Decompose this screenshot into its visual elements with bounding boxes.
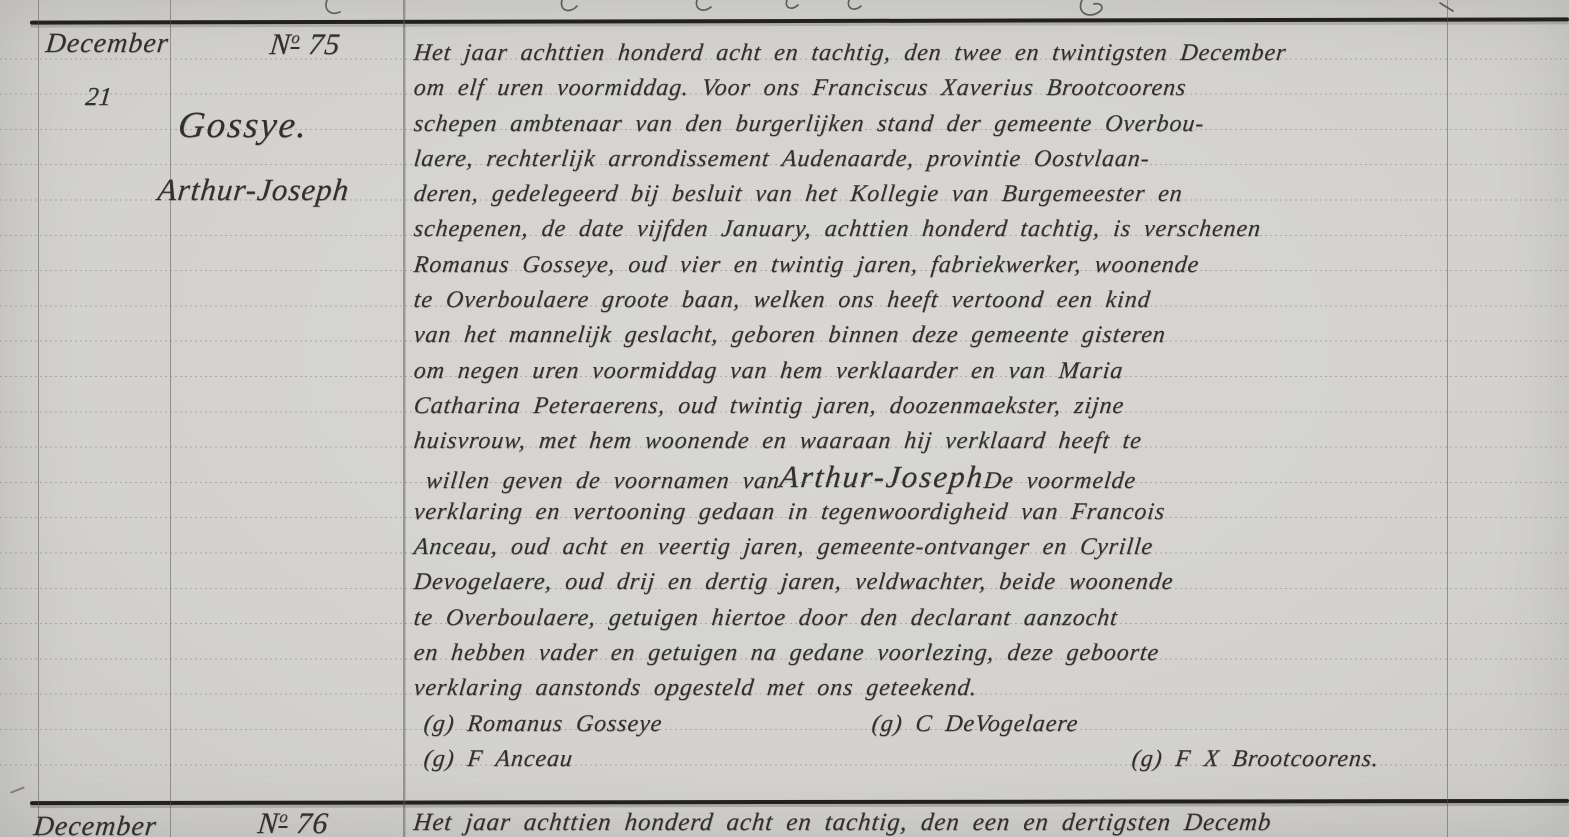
record-number-sup: o: [290, 28, 301, 49]
record-surname: Gossye.: [176, 104, 311, 147]
record-date-day: 21: [84, 82, 113, 112]
signature-line: (g) F Anceau(g) F X Brootcoorens.: [412, 742, 1492, 777]
act-line: te Overboulaere groote baan, welken ons …: [412, 283, 1492, 318]
act-line: schepen ambtenaar van den burgerlijken s…: [412, 107, 1492, 142]
act-line: schepenen, de date vijfden January, acht…: [412, 212, 1492, 247]
signature-witness-anceau: (g) F Anceau: [422, 742, 575, 777]
act-line: om negen uren voormiddag van hem verklaa…: [412, 354, 1492, 389]
column-line-page-left: [38, 0, 39, 837]
act-line: laere, rechterlijk arrondissement Audena…: [412, 142, 1492, 177]
record-number-prefix: N: [268, 28, 292, 61]
act-line: Anceau, oud acht en veertig jaren, gemee…: [412, 530, 1492, 565]
act-line: Devogelaere, oud drij en dertig jaren, v…: [412, 565, 1492, 600]
act-line: te Overboulaere, getuigen hiertoe door d…: [412, 601, 1492, 636]
act-line: verklaring aanstonds opgesteld met ons g…: [412, 671, 1492, 706]
next-record-first-line: Het jaar achttien honderd acht en tachti…: [412, 809, 1273, 837]
record-date-month: December: [44, 28, 170, 60]
act-line: Romanus Gosseye, oud vier en twintig jar…: [412, 248, 1492, 283]
signature-witness-devogelaere: (g) C DeVogelaere: [870, 707, 1080, 742]
act-line: Het jaar achttien honderd acht en tachti…: [412, 36, 1492, 71]
next-record-number-sup: o: [278, 807, 289, 828]
act-line: van het mannelijk geslacht, geboren binn…: [412, 318, 1492, 353]
signature-line: (g) Romanus Gosseye(g) C DeVogelaere: [412, 707, 1492, 742]
ink-speck: [10, 786, 25, 793]
signature-officer-brootcoorens: (g) F X Brootcoorens.: [1130, 742, 1381, 777]
signature-father: (g) Romanus Gosseye: [422, 707, 664, 742]
record-number-value: 75: [307, 28, 342, 61]
next-record-number: No 76: [256, 807, 330, 837]
next-record-date-month: December: [32, 811, 158, 837]
act-line: Catharina Peteraerens, oud twintig jaren…: [412, 389, 1492, 424]
register-page-scan: December 21 No 75 Gossye. Arthur-Joseph …: [0, 0, 1569, 837]
act-line: om elf uren voormiddag. Voor ons Francis…: [412, 71, 1492, 106]
stray-ink-descenders: [0, 0, 1569, 19]
act-text-block: Het jaar achttien honderd acht en tachti…: [412, 36, 1492, 777]
column-line-date-number: [170, 0, 171, 837]
child-name-emphasized: Arthur-Joseph: [778, 459, 986, 494]
next-record-number-value: 76: [295, 807, 330, 837]
record-number: No 75: [268, 28, 342, 62]
next-record-number-prefix: N: [256, 807, 280, 837]
column-line-text-left: [403, 0, 405, 837]
act-line-child-name: willen geven de voornamen van Arthur-Jos…: [412, 460, 1492, 495]
act-line: en hebben vader en getuigen na gedane vo…: [412, 636, 1492, 671]
act-line: huisvrouw, met hem woonende en waaraan h…: [412, 424, 1492, 459]
act-line: verklaring en vertooning gedaan in tegen…: [412, 495, 1492, 530]
record-separator-bottom: [30, 799, 1569, 805]
act-line: deren, gedelegeerd bij besluit van het K…: [412, 177, 1492, 212]
record-given-names: Arthur-Joseph: [156, 172, 351, 208]
